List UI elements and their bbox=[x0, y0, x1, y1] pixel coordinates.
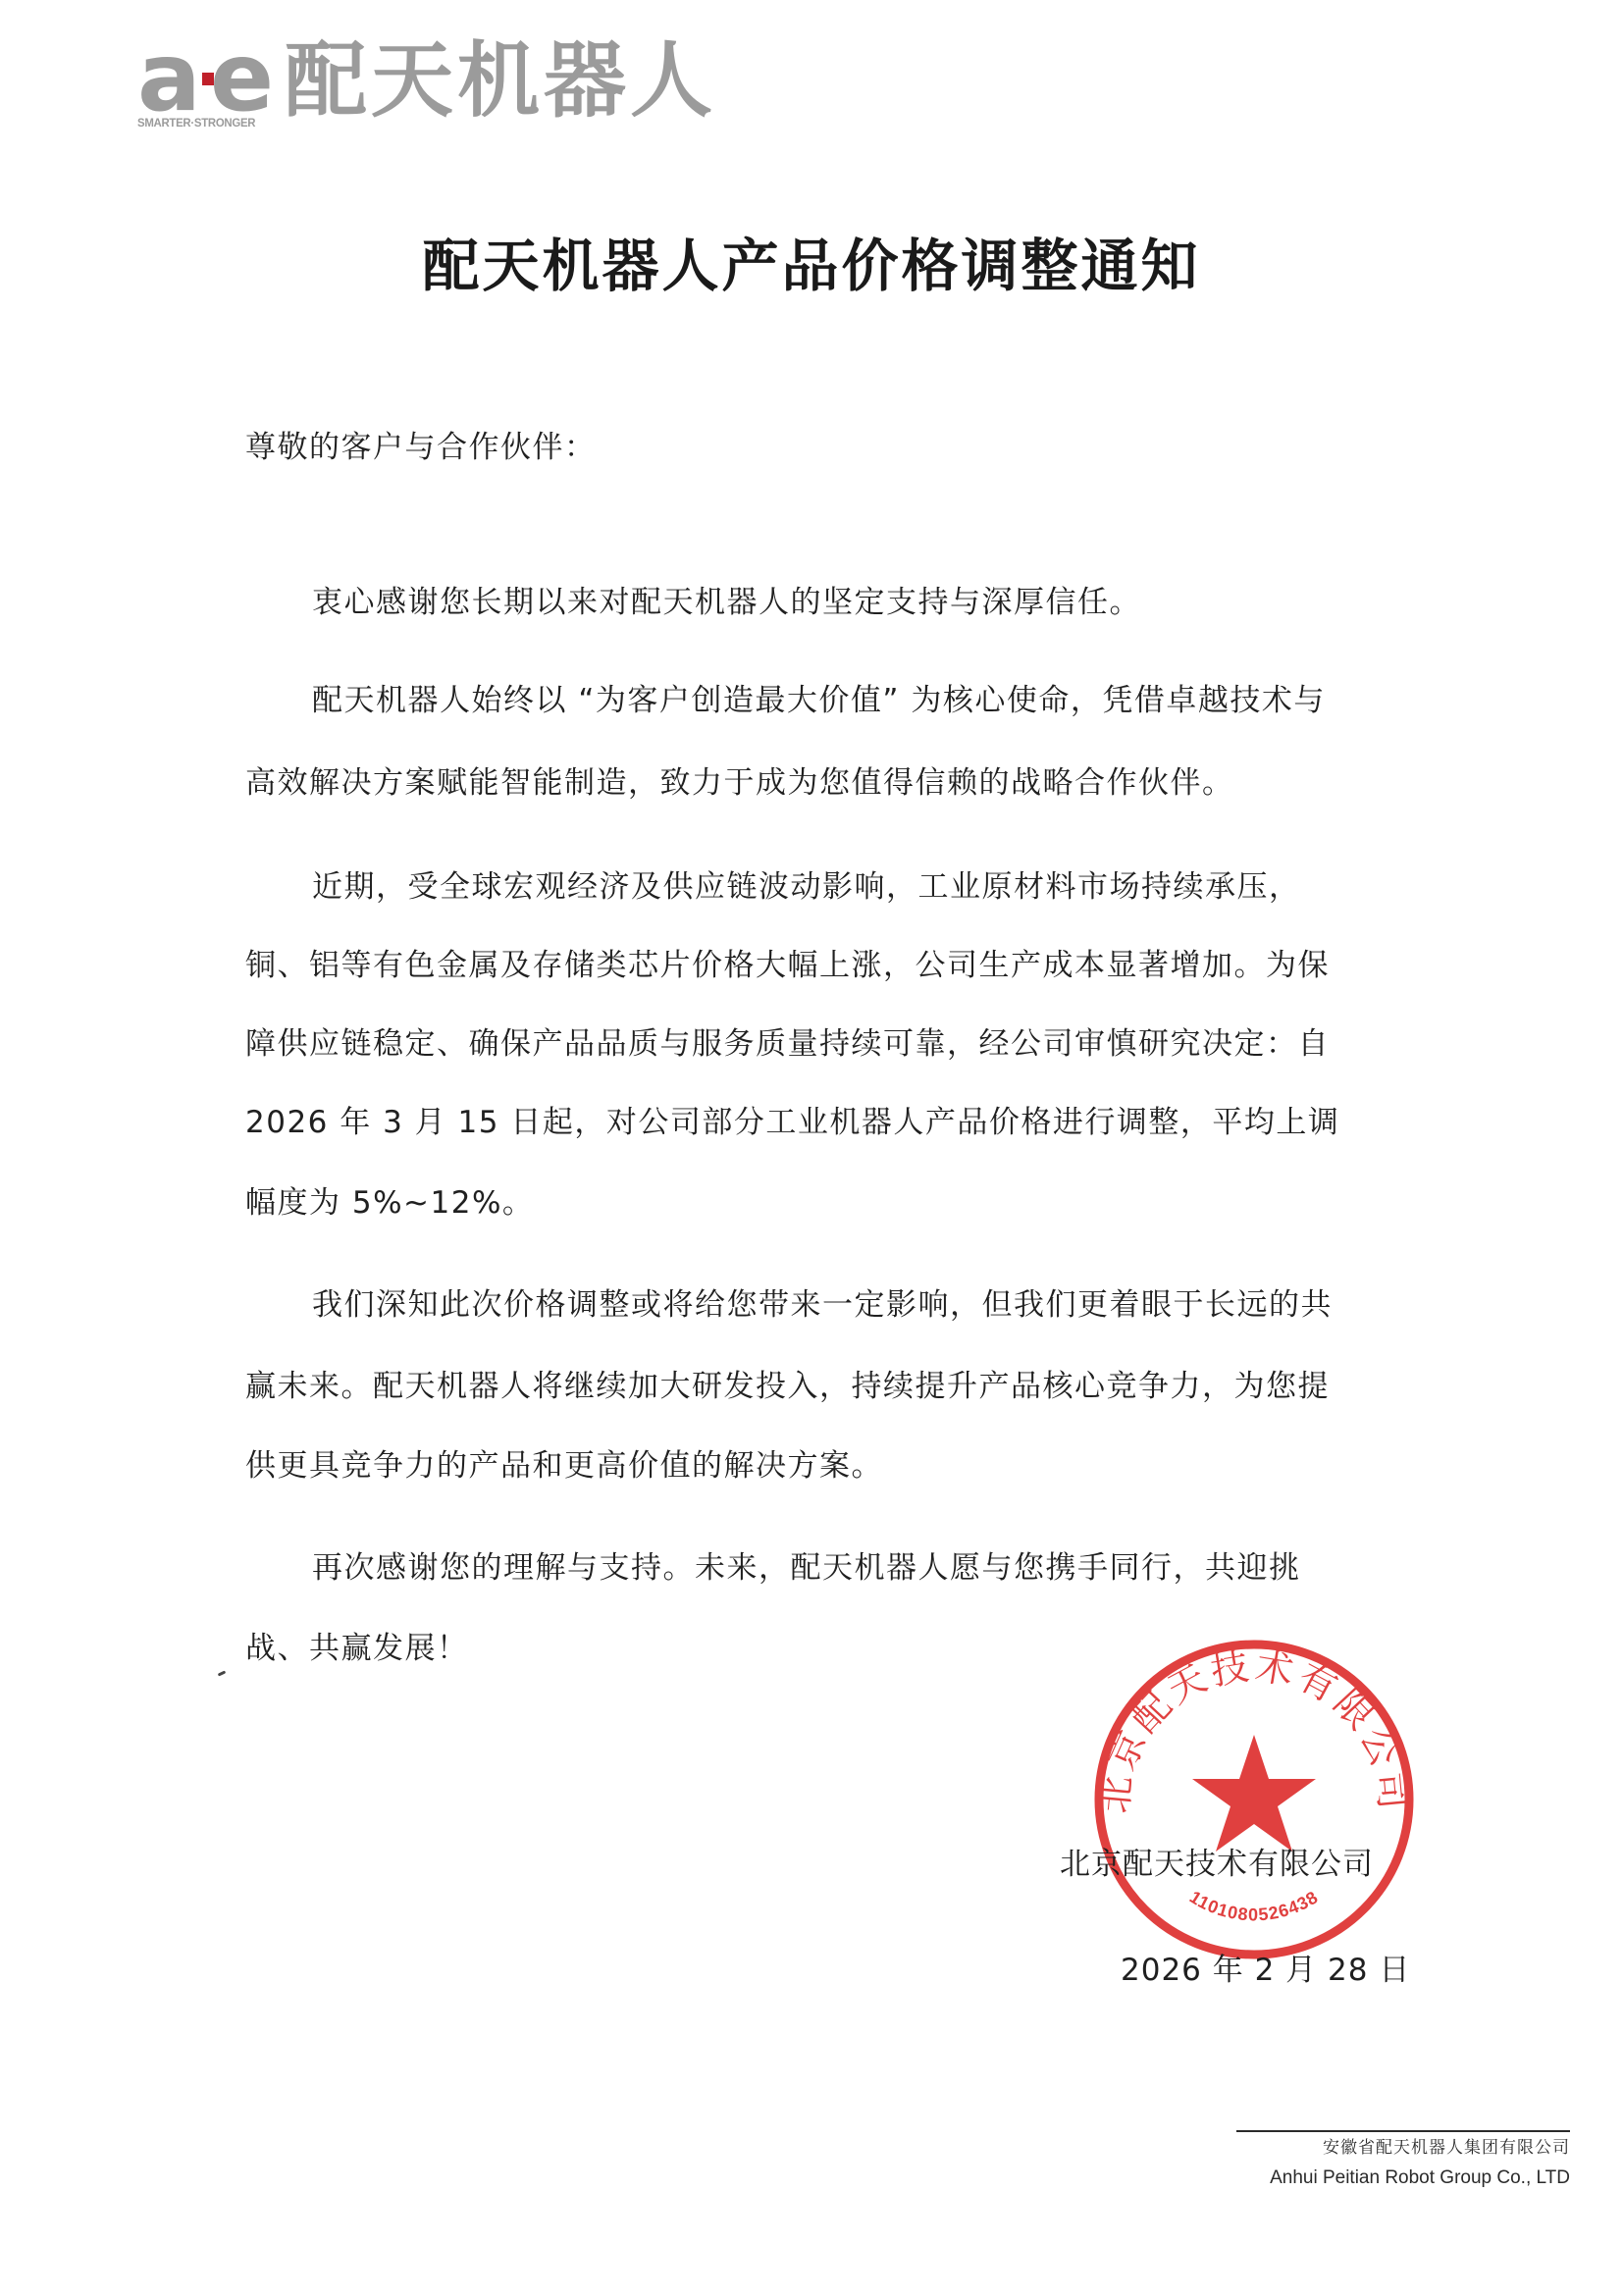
paragraph-line: 配天机器人始终以 “为客户创造最大价值” 为核心使命，凭借卓越技术与 bbox=[312, 681, 1326, 720]
footer-divider bbox=[1236, 2130, 1570, 2132]
greeting: 尊敬的客户与合作伙伴： bbox=[245, 428, 597, 467]
paragraph-line: 赢未来。配天机器人将继续加大研发投入，持续提升产品核心竞争力，为您提 bbox=[245, 1367, 1330, 1406]
signature-date: 2026 年 2 月 28 日 bbox=[1121, 1951, 1410, 1990]
paragraph-line: 我们深知此次价格调整或将给您带来一定影响，但我们更着眼于长远的共 bbox=[312, 1285, 1333, 1325]
signature-company: 北京配天技术有限公司 bbox=[1060, 1845, 1374, 1884]
company-seal-icon: 北京配天技术有限公司 1101080526438 bbox=[1091, 1637, 1417, 1962]
paragraph-line: 障供应链稳定、确保产品品质与服务质量持续可靠，经公司审慎研究决定：自 bbox=[245, 1024, 1330, 1064]
seal-number: 1101080526438 bbox=[1186, 1887, 1322, 1924]
paragraph-line: 再次感谢您的理解与支持。未来，配天机器人愿与您携手同行，共迎挑 bbox=[312, 1548, 1301, 1588]
footer-company-en: Anhui Peitian Robot Group Co., LTD bbox=[1270, 2166, 1570, 2190]
logo-letter-e: e bbox=[210, 43, 272, 112]
company-logo: a e SMARTER·STRONGER 配天机器人 bbox=[137, 39, 726, 130]
paragraph-line: 衷心感谢您长期以来对配天机器人的坚定支持与深厚信任。 bbox=[312, 583, 1141, 622]
logo-brand-name: 配天机器人 bbox=[285, 39, 716, 122]
logo-red-square-icon bbox=[202, 73, 214, 85]
paragraph-line: 近期，受全球宏观经济及供应链波动影响，工业原材料市场持续承压， bbox=[312, 867, 1301, 907]
paragraph-line: 高效解决方案赋能智能制造，致力于成为您值得信赖的战略合作伙伴。 bbox=[245, 763, 1234, 803]
paragraph-line: 幅度为 5%~12%。 bbox=[245, 1183, 534, 1223]
scan-speck bbox=[218, 1670, 227, 1676]
paragraph-line: 战、共赢发展！ bbox=[245, 1629, 469, 1668]
logo-mark: a e SMARTER·STRONGER bbox=[137, 43, 283, 130]
paragraph-line: 铜、铝等有色金属及存储类芯片价格大幅上涨，公司生产成本显著增加。为保 bbox=[245, 946, 1330, 985]
logo-tagline: SMARTER·STRONGER bbox=[137, 116, 255, 130]
logo-letter-a: a bbox=[137, 43, 199, 112]
svg-text:1101080526438: 1101080526438 bbox=[1186, 1887, 1322, 1924]
paragraph-line: 2026 年 3 月 15 日起，对公司部分工业机器人产品价格进行调整，平均上调 bbox=[245, 1103, 1339, 1142]
footer-company-cn: 安徽省配天机器人集团有限公司 bbox=[1323, 2137, 1570, 2159]
document-title: 配天机器人产品价格调整通知 bbox=[0, 234, 1623, 298]
paragraph-line: 供更具竞争力的产品和更高价值的解决方案。 bbox=[245, 1446, 883, 1486]
